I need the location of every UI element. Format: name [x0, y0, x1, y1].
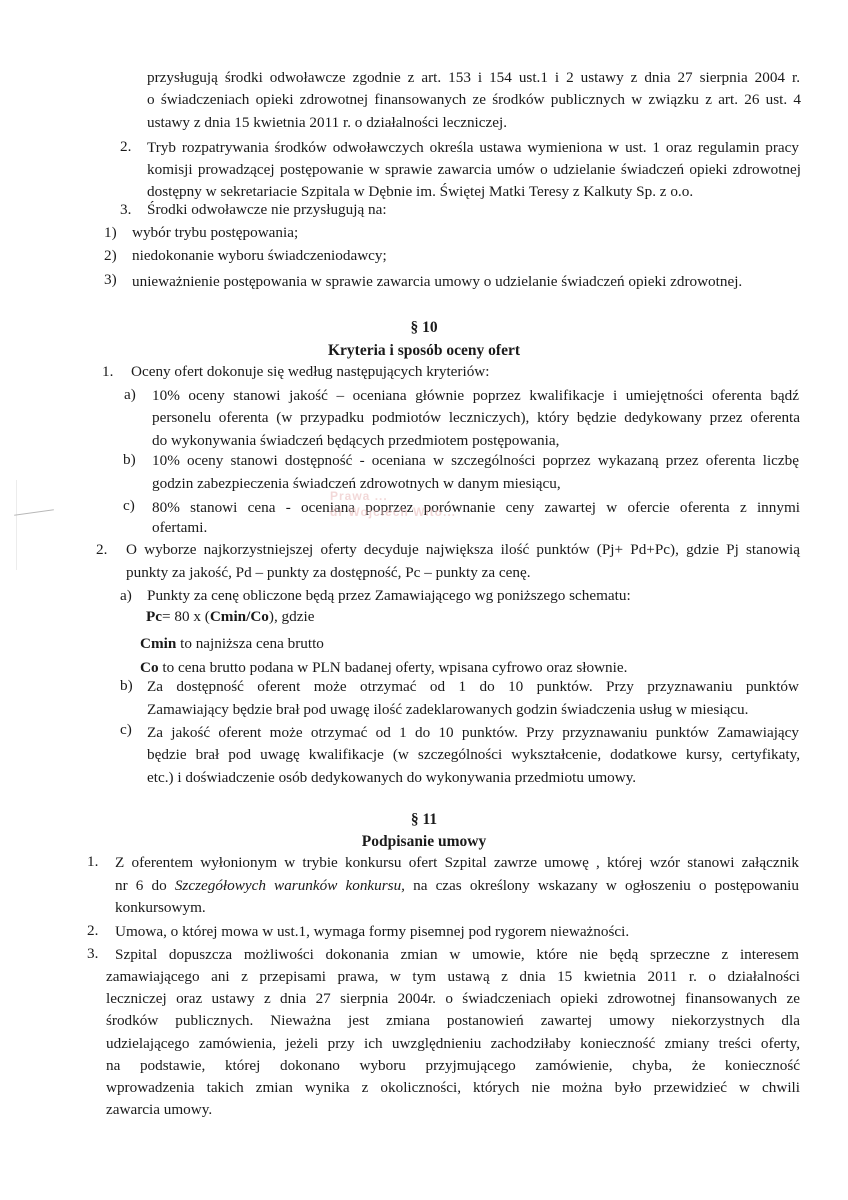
list-number: c): [123, 496, 135, 516]
paragraph-line: Punkty za cenę obliczone będą przez Zama…: [147, 586, 631, 606]
list-number: 3.: [87, 944, 98, 964]
definition-line: Cmin to najniższa cena brutto: [140, 634, 324, 654]
paragraph-text: na czas określony wskazany w ogłoszeniu …: [405, 877, 799, 894]
paragraph-line: udzielającego zamówienia, jeżeli przy ic…: [106, 1034, 800, 1054]
margin-pen-mark: [14, 509, 54, 516]
list-number: 2.: [120, 137, 131, 157]
list-number: 2.: [96, 540, 107, 560]
document-reference: Szczegółowych warunków konkursu,: [175, 877, 405, 894]
list-number: 1.: [102, 362, 113, 382]
definition-line: Co to cena brutto podana w PLN badanej o…: [140, 658, 627, 678]
paragraph-line: Umowa, o której mowa w ust.1, wymaga for…: [115, 922, 629, 942]
paragraph-line: dostępny w sekretariacie Szpitala w Dębn…: [147, 182, 693, 202]
stamp: Prawa ... dr Wojciech Wito...: [330, 488, 456, 520]
definition-text: to cena brutto podana w PLN badanej ofer…: [159, 659, 628, 676]
paragraph-line: 80% stanowi cena - oceniana poprzez poró…: [152, 498, 800, 518]
paragraph-line: komisji prowadzącej postępowanie w spraw…: [147, 160, 801, 180]
paragraph-line: etc.) i doświadczenie osób dedykowanych …: [147, 768, 636, 788]
list-item: unieważnienie postępowania w sprawie zaw…: [132, 272, 742, 292]
list-number: b): [123, 450, 136, 470]
paragraph-line: konkursowym.: [115, 898, 206, 918]
paragraph-line: Za jakość oferent może otrzymać od 1 do …: [147, 723, 799, 743]
stamp-line: Prawa ...: [330, 488, 456, 504]
section-number: § 11: [0, 810, 848, 830]
list-number: 2.: [87, 921, 98, 941]
paragraph-line: punkty za jakość, Pd – punkty za dostępn…: [126, 563, 531, 583]
definition-term: Cmin: [140, 635, 176, 652]
paragraph-line: ofertami.: [152, 518, 207, 538]
paragraph-line: środków publicznych. Nieważna jest zmian…: [106, 1011, 800, 1031]
paragraph-line: będzie brał pod uwagę kwalifikacje (w sz…: [147, 745, 800, 765]
paragraph-line: personelu oferenta (w przypadku podmiotó…: [152, 408, 800, 428]
paragraph-line: Zamawiający będzie brał pod uwagę ilość …: [147, 700, 748, 720]
paragraph-line: Oceny ofert dokonuje się według następuj…: [131, 362, 489, 382]
intro-line: ustawy z dnia 15 kwietnia 2011 r. o dzia…: [147, 113, 507, 133]
list-number: 3.: [120, 200, 131, 220]
paragraph-line: Środki odwoławcze nie przysługują na:: [147, 200, 387, 220]
list-number: 1): [104, 223, 117, 243]
paragraph-line: leczniczej oraz ustawy z dnia 27 sierpni…: [106, 989, 800, 1009]
intro-line: przysługują środki odwoławcze zgodnie z …: [147, 68, 800, 88]
definition-text: to najniższa cena brutto: [176, 635, 324, 652]
paragraph-line: Szpital dopuszcza możliwości dokonania z…: [115, 945, 799, 965]
paragraph-line: zawarcia umowy.: [106, 1100, 212, 1120]
paragraph-line: Tryb rozpatrywania środków odwoławczych …: [147, 138, 799, 158]
list-number: a): [124, 385, 136, 405]
paragraph-line: nr 6 do Szczegółowych warunków konkursu,…: [115, 876, 799, 896]
section-number: § 10: [0, 318, 848, 338]
section-title: Kryteria i sposób oceny ofert: [0, 341, 848, 361]
paragraph-line: 10% oceny stanowi dostępność - oceniana …: [152, 451, 799, 471]
list-number: c): [120, 720, 132, 740]
list-item: wybór trybu postępowania;: [132, 223, 298, 243]
intro-line: o świadczeniach opieki zdrowotnej finans…: [147, 90, 801, 110]
section-title: Podpisanie umowy: [0, 832, 848, 852]
paragraph-line: na podstawie, której dokonano wyboru prz…: [106, 1056, 800, 1076]
list-number: 3): [104, 270, 117, 290]
list-number: a): [120, 586, 132, 606]
paragraph-line: do wykonywania świadczeń będących przedm…: [152, 431, 559, 451]
paragraph-line: Za dostępność oferent może otrzymać od 1…: [147, 677, 799, 697]
formula-line: Pc= 80 x (Cmin/Co), gdzie: [146, 607, 314, 627]
paragraph-line: zamawiającego ani z przepisami prawa, w …: [106, 967, 800, 987]
list-number: b): [120, 676, 133, 696]
paragraph-line: 10% oceny stanowi jakość – oceniana głów…: [152, 386, 799, 406]
formula-term: Pc: [146, 608, 162, 625]
list-item: niedokonanie wyboru świadczeniodawcy;: [132, 246, 387, 266]
list-number: 1.: [87, 852, 98, 872]
paragraph-line: O wyborze najkorzystniejszej oferty decy…: [126, 540, 800, 560]
list-number: 2): [104, 246, 117, 266]
definition-term: Co: [140, 659, 159, 676]
paragraph-text: nr 6 do: [115, 877, 175, 894]
paragraph-line: Z oferentem wyłonionym w trybie konkursu…: [115, 853, 799, 873]
formula-text: ), gdzie: [269, 608, 315, 625]
formula-text: = 80 x (: [162, 608, 210, 625]
formula-term: Cmin/Co: [210, 608, 269, 625]
document-page: przysługują środki odwoławcze zgodnie z …: [0, 0, 848, 1200]
stamp-line: dr Wojciech Wito...: [330, 504, 456, 520]
paragraph-line: wprowadzenia takich zmian wynika z okoli…: [106, 1078, 800, 1098]
scan-edge: [16, 480, 17, 570]
